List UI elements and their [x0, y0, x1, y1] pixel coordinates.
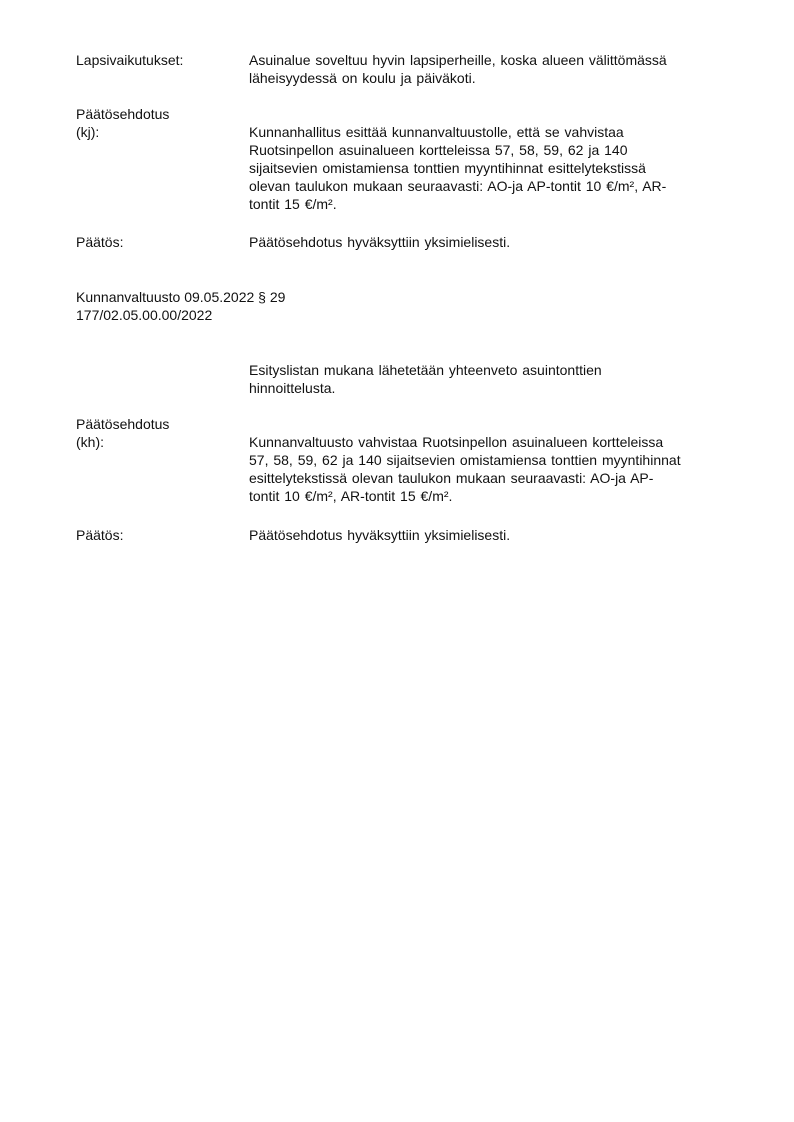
meeting-reference: 177/02.05.00.00/2022	[76, 306, 212, 324]
text-decision-1: Päätösehdotus hyväksyttiin yksimielisest…	[249, 233, 736, 251]
label-proposal-kj: Päätösehdotus (kj):	[76, 105, 246, 141]
text-proposal-kh: Kunnanvaltuusto vahvistaa Ruotsinpellon …	[249, 433, 736, 505]
text-decision-2: Päätösehdotus hyväksyttiin yksimielisest…	[249, 526, 736, 544]
meeting-header: Kunnanvaltuusto 09.05.2022 § 29	[76, 288, 285, 306]
text-child-impacts: Asuinalue soveltuu hyvin lapsiperheille,…	[249, 51, 736, 87]
label-decision-2: Päätös:	[76, 526, 246, 544]
document-page: Lapsivaikutukset: Asuinalue soveltuu hyv…	[0, 0, 794, 1122]
text-proposal-kj: Kunnanhallitus esittää kunnanvaltuustoll…	[249, 123, 736, 213]
text-attachment-note: Esityslistan mukana lähetetään yhteenvet…	[249, 361, 736, 397]
label-child-impacts: Lapsivaikutukset:	[76, 51, 246, 69]
label-proposal-kh: Päätösehdotus (kh):	[76, 415, 246, 451]
label-decision-1: Päätös:	[76, 233, 246, 251]
